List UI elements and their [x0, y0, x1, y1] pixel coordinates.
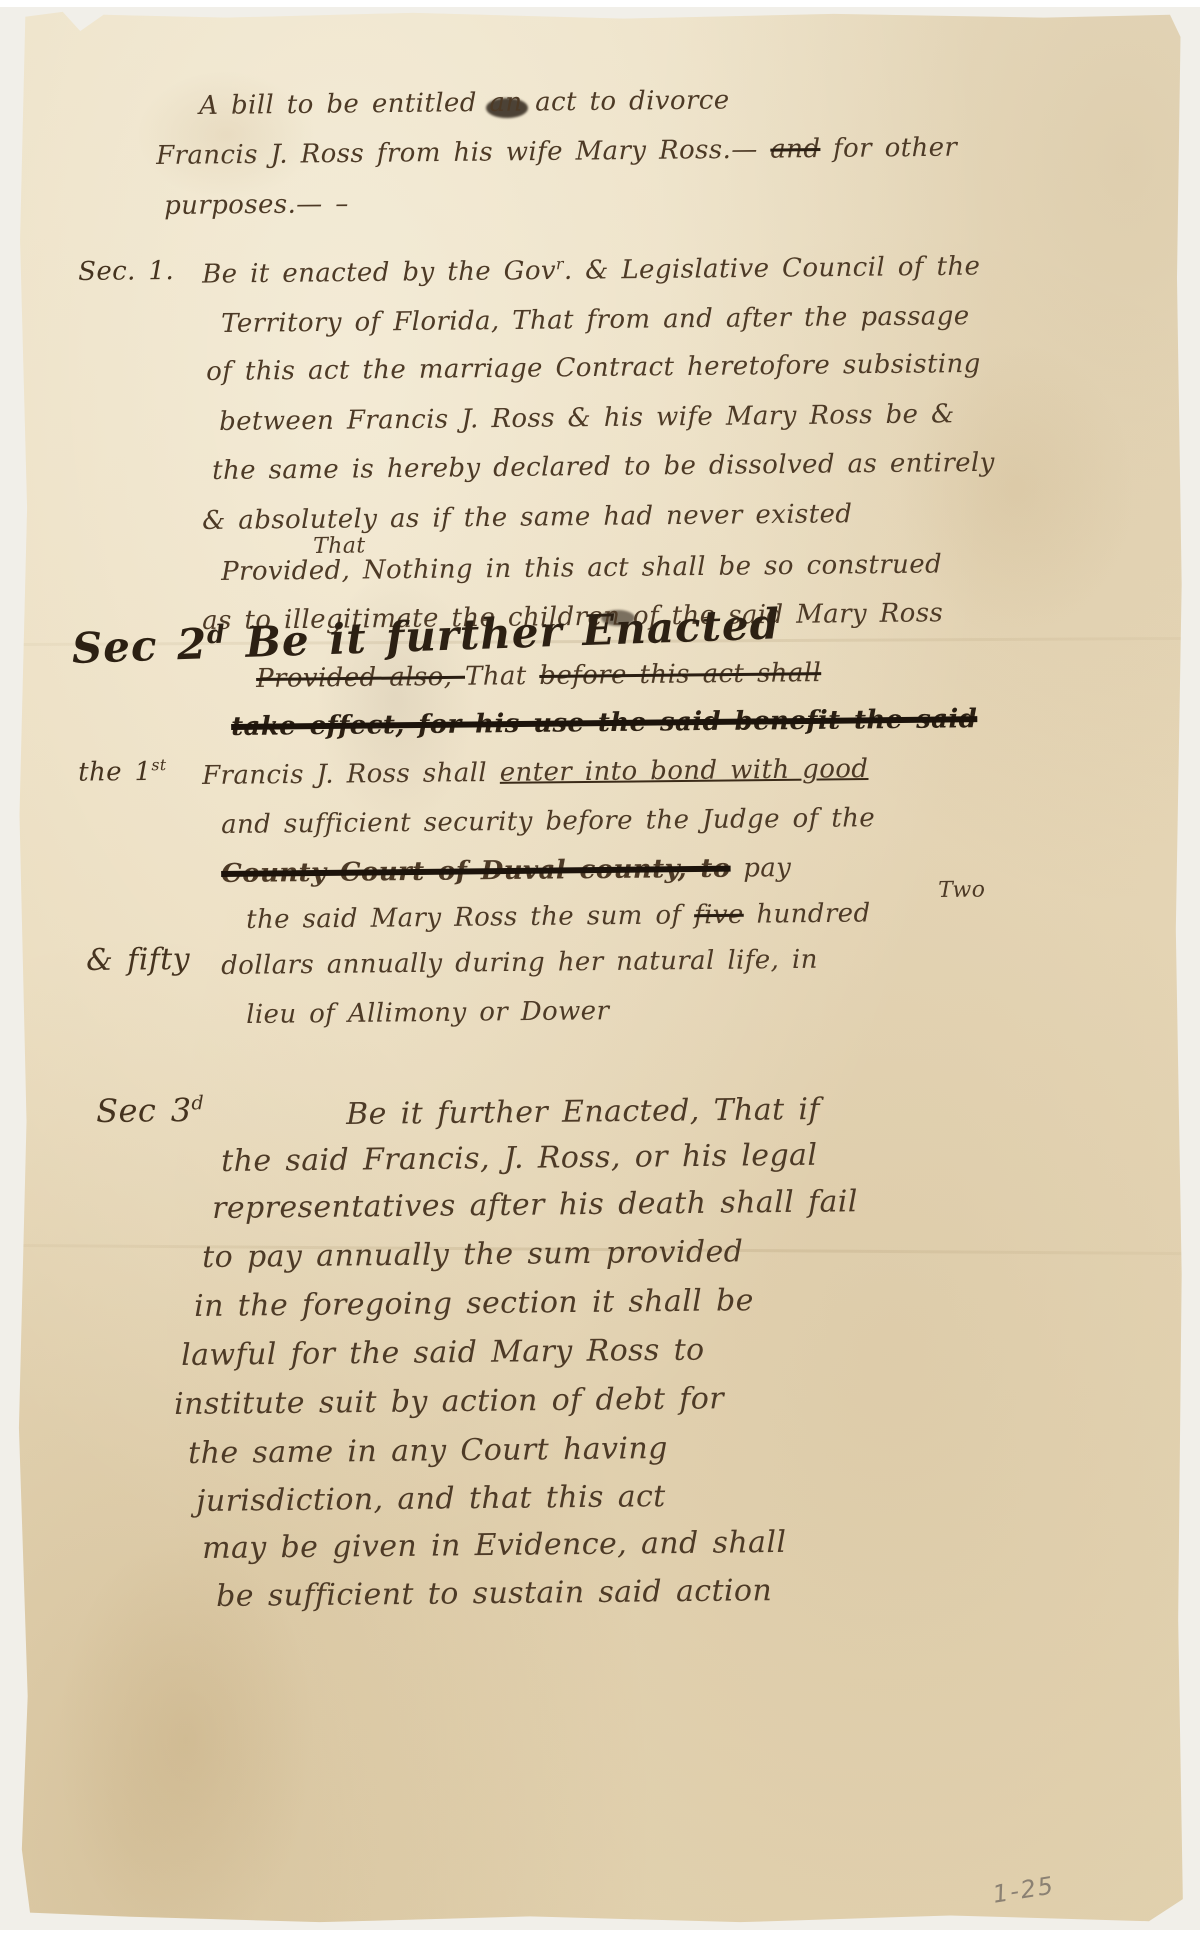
sec3-line-1: Be it further Enacted, That if: [346, 1093, 820, 1132]
sec1-line-2: Territory of Florida, That from and afte…: [221, 302, 970, 340]
sec1-line-1: Be it enacted by the Govr. & Legislative…: [202, 252, 980, 291]
sec3-line-3: representatives after his death shall fa…: [212, 1185, 858, 1226]
sec3-line-5: in the foregoing section it shall be: [194, 1284, 754, 1324]
sec2-struck-line-1: Provided also, That before this act shal…: [256, 659, 821, 695]
sec2-line-4: the said Mary Ross the sum of five hundr…: [246, 899, 871, 935]
sec1-label: Sec. 1.: [78, 257, 174, 288]
sec1-line-6: & absolutely as if the same had never ex…: [202, 500, 853, 537]
sec1-line-5: the same is hereby declared to be dissol…: [212, 449, 995, 487]
scanned-document-viewport: A bill to be entitled an act to divorceF…: [0, 0, 1200, 1947]
sec3-line-2: the said Francis, J. Ross, or his legal: [221, 1139, 818, 1180]
sec3-line-10: may be given in Evidence, and shall: [202, 1526, 787, 1567]
sec2-insert-two: Two: [938, 878, 985, 904]
sec3-line-4: to pay annually the sum provided: [202, 1235, 743, 1275]
title-line-1: A bill to be entitled an act to divorce: [199, 86, 730, 121]
sec2-margin-fifty: & fifty: [86, 943, 190, 979]
sec1-line-4: between Francis J. Ross & his wife Mary …: [219, 400, 955, 438]
sec3-label: Sec 3d: [96, 1092, 204, 1130]
sec2-margin-note: the 1st: [78, 757, 167, 788]
sec3-line-11: be sufficient to sustain said action: [216, 1574, 772, 1614]
sec3-line-6: lawful for the said Mary Ross to: [181, 1334, 705, 1374]
sec2-line-6: lieu of Allimony or Dower: [246, 997, 610, 1031]
paper: A bill to be entitled an act to divorceF…: [16, 10, 1184, 1926]
paper-stain: [896, 340, 1136, 640]
sec2-line-3: County Court of Duval county, to pay: [221, 854, 791, 890]
sec2-line-1: Francis J. Ross shall enter into bond wi…: [202, 755, 869, 792]
page-marking: 1-25: [991, 1872, 1057, 1909]
sec3-line-9: jurisdiction, and that this act: [196, 1480, 666, 1519]
sec1-line-3: of this act the marriage Contract hereto…: [206, 350, 981, 388]
sec1-line-7: Provided, Nothing in this act shall be s…: [221, 550, 942, 587]
sec2-line-2: and sufficient security before the Judge…: [221, 804, 875, 841]
title-line-3: purposes.— –: [164, 190, 349, 222]
sec3-line-8: the same in any Court having: [188, 1432, 668, 1472]
sec2-line-5: dollars annually during her natural life…: [221, 946, 818, 982]
sec2-struck-line-2: take effect, for his use the said benefi…: [231, 705, 977, 743]
sec3-line-7: institute suit by action of debt for: [174, 1382, 724, 1422]
title-line-2: Francis J. Ross from his wife Mary Ross.…: [156, 134, 957, 172]
